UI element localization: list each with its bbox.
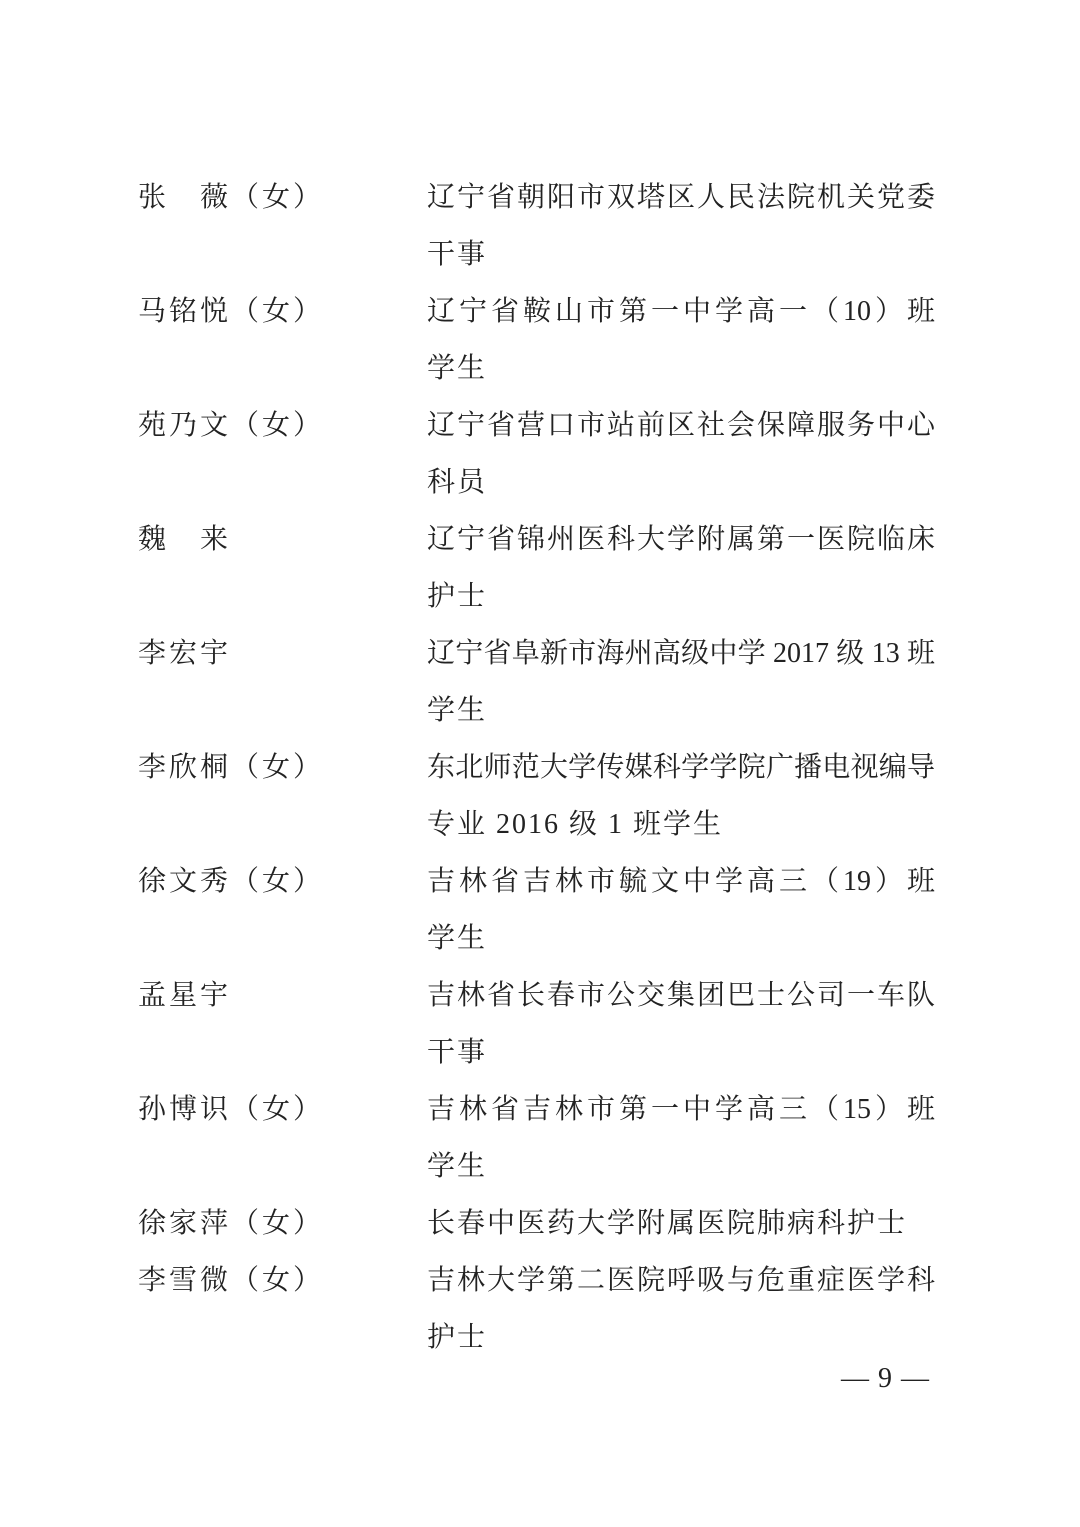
person-name: 魏 来: [138, 511, 427, 568]
list-entry: 张 薇（女） 辽宁省朝阳市双塔区人民法院机关党委 干事: [138, 169, 935, 283]
person-name: 李欣桐（女）: [138, 739, 427, 796]
affiliation-line: 辽宁省朝阳市双塔区人民法院机关党委: [427, 169, 935, 226]
list-entry: 李雪微（女） 吉林大学第二医院呼吸与危重症医学科 护士: [138, 1252, 935, 1366]
honor-roll-list: 张 薇（女） 辽宁省朝阳市双塔区人民法院机关党委 干事 马铭悦（女） 辽宁省鞍山…: [138, 169, 935, 1366]
person-affiliation: 东北师范大学传媒科学学院广播电视编导 专业 2016 级 1 班学生: [427, 739, 935, 853]
affiliation-line: 吉林省吉林市第一中学高三（15）班: [427, 1081, 935, 1138]
affiliation-line: 吉林省长春市公交集团巴士公司一车队: [427, 967, 935, 1024]
person-affiliation: 辽宁省朝阳市双塔区人民法院机关党委 干事: [427, 169, 935, 283]
affiliation-line: 干事: [427, 1024, 935, 1081]
person-affiliation: 吉林省吉林市毓文中学高三（19）班 学生: [427, 853, 935, 967]
affiliation-line: 学生: [427, 1138, 935, 1195]
affiliation-line: 辽宁省鞍山市第一中学高一（10）班: [427, 283, 935, 340]
list-entry: 徐文秀（女） 吉林省吉林市毓文中学高三（19）班 学生: [138, 853, 935, 967]
affiliation-line: 科员: [427, 454, 935, 511]
person-name: 李雪微（女）: [138, 1252, 427, 1309]
affiliation-line: 学生: [427, 340, 935, 397]
person-name: 孙博识（女）: [138, 1081, 427, 1138]
list-entry: 孟星宇 吉林省长春市公交集团巴士公司一车队 干事: [138, 967, 935, 1081]
affiliation-line: 护士: [427, 568, 935, 625]
list-entry: 苑乃文（女） 辽宁省营口市站前区社会保障服务中心 科员: [138, 397, 935, 511]
affiliation-line: 吉林省吉林市毓文中学高三（19）班: [427, 853, 935, 910]
list-entry: 徐家萍（女） 长春中医药大学附属医院肺病科护士: [138, 1195, 935, 1252]
person-affiliation: 吉林省长春市公交集团巴士公司一车队 干事: [427, 967, 935, 1081]
person-name: 徐文秀（女）: [138, 853, 427, 910]
list-entry: 李宏宇 辽宁省阜新市海州高级中学 2017 级 13 班 学生: [138, 625, 935, 739]
affiliation-line: 辽宁省锦州医科大学附属第一医院临床: [427, 511, 935, 568]
affiliation-line: 学生: [427, 910, 935, 967]
person-name: 徐家萍（女）: [138, 1195, 427, 1252]
person-affiliation: 辽宁省阜新市海州高级中学 2017 级 13 班 学生: [427, 625, 935, 739]
person-affiliation: 长春中医药大学附属医院肺病科护士: [427, 1195, 935, 1252]
list-entry: 马铭悦（女） 辽宁省鞍山市第一中学高一（10）班 学生: [138, 283, 935, 397]
person-affiliation: 辽宁省鞍山市第一中学高一（10）班 学生: [427, 283, 935, 397]
person-name: 苑乃文（女）: [138, 397, 427, 454]
person-name: 李宏宇: [138, 625, 427, 682]
person-name: 马铭悦（女）: [138, 283, 427, 340]
affiliation-line: 辽宁省阜新市海州高级中学 2017 级 13 班: [427, 625, 935, 682]
affiliation-line: 吉林大学第二医院呼吸与危重症医学科: [427, 1252, 935, 1309]
person-affiliation: 辽宁省锦州医科大学附属第一医院临床 护士: [427, 511, 935, 625]
affiliation-line: 干事: [427, 226, 935, 283]
affiliation-line: 护士: [427, 1309, 935, 1366]
affiliation-line: 专业 2016 级 1 班学生: [427, 796, 935, 853]
list-entry: 李欣桐（女） 东北师范大学传媒科学学院广播电视编导 专业 2016 级 1 班学…: [138, 739, 935, 853]
list-entry: 孙博识（女） 吉林省吉林市第一中学高三（15）班 学生: [138, 1081, 935, 1195]
affiliation-line: 辽宁省营口市站前区社会保障服务中心: [427, 397, 935, 454]
person-affiliation: 吉林大学第二医院呼吸与危重症医学科 护士: [427, 1252, 935, 1366]
affiliation-line: 东北师范大学传媒科学学院广播电视编导: [427, 739, 935, 796]
person-name: 孟星宇: [138, 967, 427, 1024]
person-affiliation: 辽宁省营口市站前区社会保障服务中心 科员: [427, 397, 935, 511]
person-name: 张 薇（女）: [138, 169, 427, 226]
affiliation-line: 长春中医药大学附属医院肺病科护士: [427, 1195, 935, 1252]
list-entry: 魏 来 辽宁省锦州医科大学附属第一医院临床 护士: [138, 511, 935, 625]
person-affiliation: 吉林省吉林市第一中学高三（15）班 学生: [427, 1081, 935, 1195]
page-number: — 9 —: [841, 1364, 930, 1394]
affiliation-line: 学生: [427, 682, 935, 739]
